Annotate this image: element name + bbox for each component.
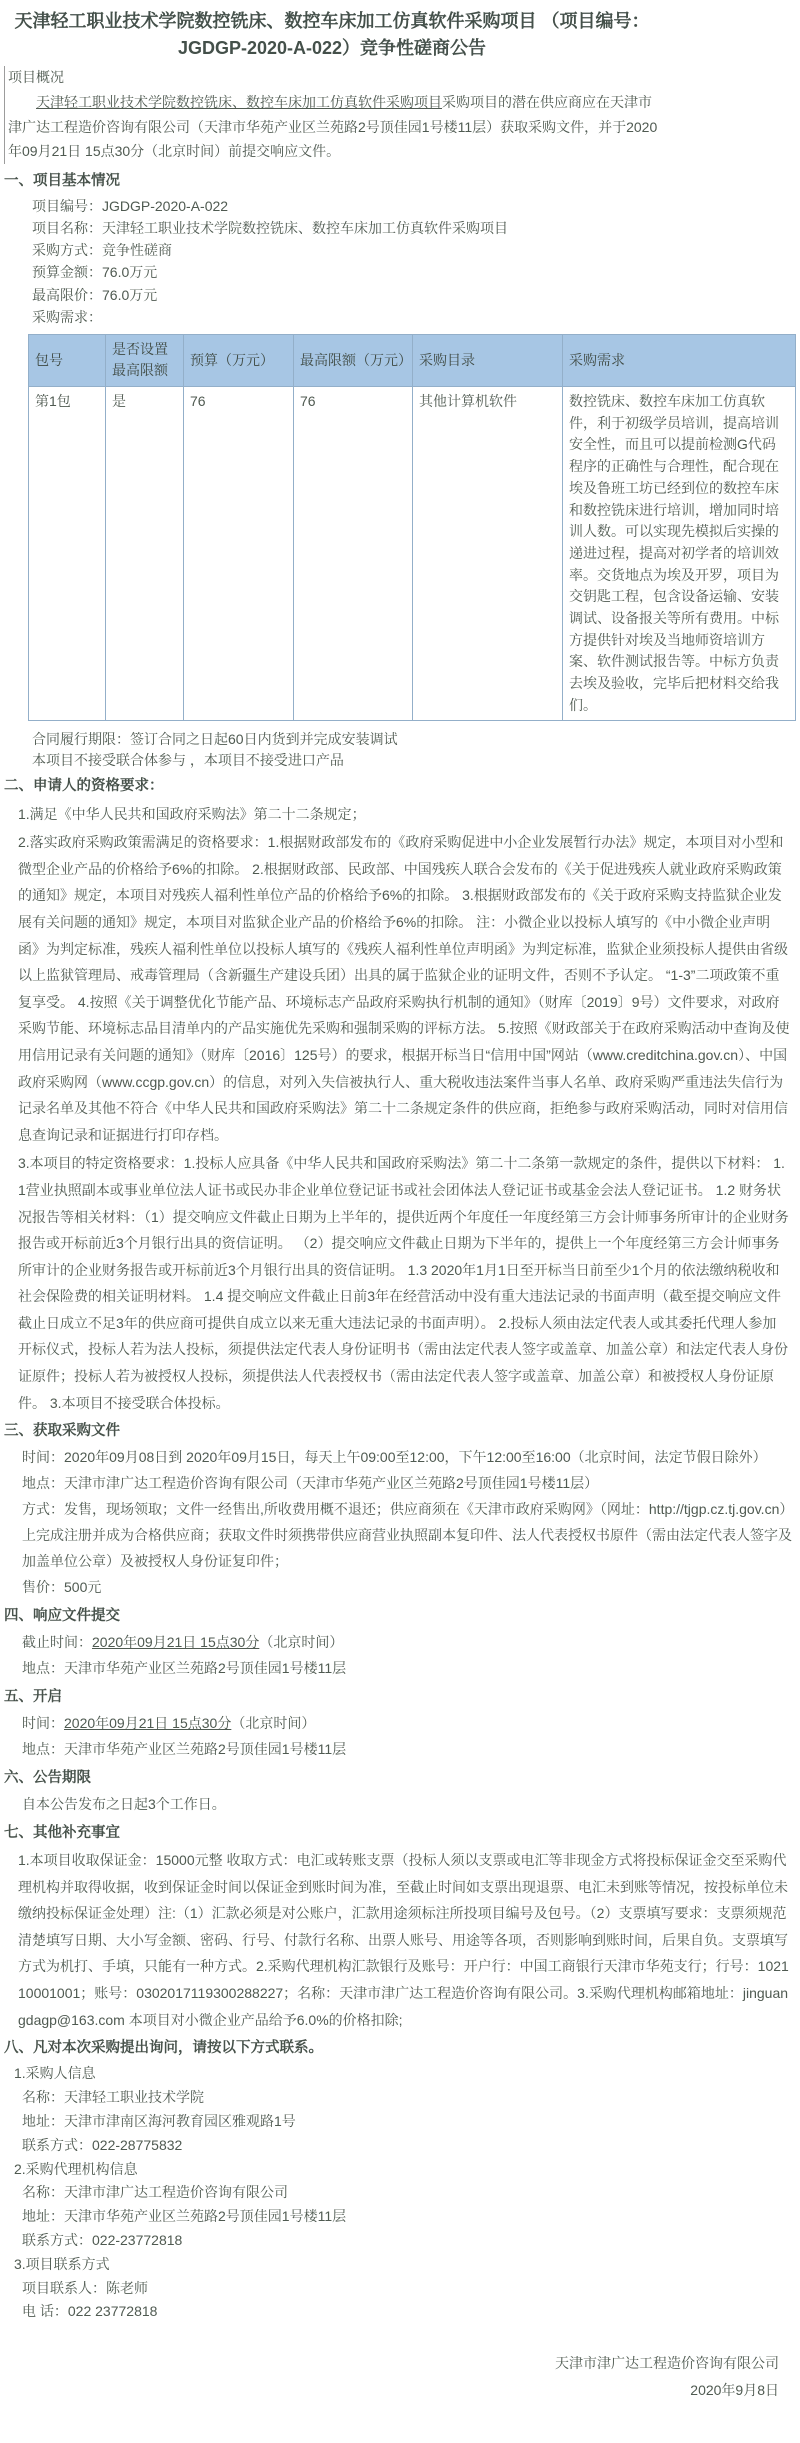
- col-header-has-max-limit: 是否设置最高限额: [106, 334, 184, 386]
- table-row: 第1包 是 76 76 其他计算机软件 数控铣床、数控车床加工仿真软件，利于初级…: [29, 387, 796, 721]
- agency-name: 名称：天津市津广达工程造价咨询有限公司: [22, 2181, 788, 2205]
- cell-demand: 数控铣床、数控车床加工仿真软件，利于初级学员培训，提高培训安全性，而且可以提前检…: [563, 387, 796, 721]
- cell-max-limit: 76: [294, 387, 413, 721]
- section-heading-opening: 五、开启: [4, 1686, 788, 1709]
- section-heading-notice-period: 六、公告期限: [4, 1767, 788, 1790]
- field-demand-label: 采购需求：: [32, 306, 788, 328]
- submission-lines: 截止时间：2020年09月21日 15点30分（北京时间） 地点：天津市华苑产业…: [22, 1630, 792, 1682]
- overview-heading: 项目概况: [8, 66, 664, 88]
- field-max-price: 最高限价：76.0万元: [32, 284, 788, 306]
- purchaser-phone: 联系方式：022-28775832: [22, 2134, 788, 2158]
- cell-has-max-limit: 是: [106, 387, 184, 721]
- requirements-table: 包号 是否设置最高限额 预算（万元） 最高限额（万元） 采购目录 采购需求 第1…: [28, 334, 796, 722]
- additional-text: 1.本项目收取保证金：15000元整 收取方式：电汇或转账支票（投标人须以支票或…: [18, 1847, 790, 2033]
- project-name-link[interactable]: 天津轻工职业技术学院数控铣床、数控车床加工仿真软件采购项目: [36, 94, 442, 110]
- section-heading-basic-info: 一、项目基本情况: [4, 170, 788, 193]
- col-header-demand: 采购需求: [563, 334, 796, 386]
- opening-location-line: 地点：天津市华苑产业区兰苑路2号顶佳园1号楼11层: [22, 1737, 792, 1763]
- col-header-catalog: 采购目录: [413, 334, 563, 386]
- submission-location-line: 地点：天津市华苑产业区兰苑路2号顶佳园1号楼11层: [22, 1656, 792, 1682]
- announcement-page: 天津轻工职业技术学院数控铣床、数控车床加工仿真软件采购项目 （项目编号：JGDG…: [0, 0, 792, 2443]
- no-consortium-line: 本项目不接受联合体参与 ，本项目不接受进口产品: [32, 750, 788, 771]
- notice-period-lines: 自本公告发布之日起3个工作日。: [22, 1792, 792, 1818]
- qualification-item-1: 1.满足《中华人民共和国政府采购法》第二十二条规定；: [18, 801, 790, 828]
- doc-location-line: 地点：天津市津广达工程造价咨询有限公司（天津市华苑产业区兰苑路2号顶佳园1号楼1…: [22, 1471, 792, 1497]
- opening-time-suffix: （北京时间）: [231, 1715, 315, 1731]
- contract-period-line: 合同履行期限：签订合同之日起60日内货到并完成安装调试: [32, 729, 788, 750]
- section-heading-qualification: 二、申请人的资格要求：: [4, 775, 788, 798]
- notice-period-text: 自本公告发布之日起3个工作日。: [22, 1792, 792, 1818]
- col-header-budget: 预算（万元）: [184, 334, 294, 386]
- field-project-name: 项目名称：天津轻工职业技术学院数控铣床、数控车床加工仿真软件采购项目: [32, 217, 788, 239]
- doc-time-line: 时间：2020年09月08日到 2020年09月15日，每天上午09:00至12…: [22, 1445, 792, 1471]
- agency-address: 地址：天津市华苑产业区兰苑路2号顶佳园1号楼11层: [22, 2205, 788, 2229]
- project-overview-block: 项目概况 天津轻工职业技术学院数控铣床、数控车床加工仿真软件采购项目采购项目的潜…: [4, 66, 664, 164]
- doc-acquisition-lines: 时间：2020年09月08日到 2020年09月15日，每天上午09:00至12…: [22, 1445, 792, 1600]
- overview-paragraph: 天津轻工职业技术学院数控铣床、数控车床加工仿真软件采购项目采购项目的潜在供应商应…: [8, 90, 658, 164]
- agency-info-heading: 2.采购代理机构信息: [14, 2158, 788, 2182]
- table-header-row: 包号 是否设置最高限额 预算（万元） 最高限额（万元） 采购目录 采购需求: [29, 334, 796, 386]
- footer-date: 2020年9月8日: [4, 2377, 779, 2404]
- page-title: 天津轻工职业技术学院数控铣床、数控车床加工仿真软件采购项目 （项目编号：JGDG…: [4, 8, 660, 62]
- project-contact-person: 项目联系人：陈老师: [22, 2277, 788, 2301]
- section-heading-submission: 四、响应文件提交: [4, 1605, 788, 1628]
- opening-lines: 时间：2020年09月21日 15点30分（北京时间） 地点：天津市华苑产业区兰…: [22, 1711, 792, 1763]
- opening-time-line: 时间：2020年09月21日 15点30分（北京时间）: [22, 1711, 792, 1737]
- opening-time-label: 时间：: [22, 1715, 64, 1731]
- qualification-item-3: 3.本项目的特定资格要求：1.投标人应具备《中华人民共和国政府采购法》第二十二条…: [18, 1150, 790, 1416]
- col-header-max-limit: 最高限额（万元）: [294, 334, 413, 386]
- submission-deadline-value: 2020年09月21日 15点30分: [92, 1634, 259, 1650]
- submission-deadline-suffix: （北京时间）: [259, 1634, 343, 1650]
- cell-catalog: 其他计算机软件: [413, 387, 563, 721]
- submission-deadline-label: 截止时间：: [22, 1634, 92, 1650]
- project-contact-phone: 电 话：022 23772818: [22, 2300, 788, 2324]
- qualification-item-2: 2.落实政府采购政策需满足的资格要求：1.根据财政部发布的《政府采购促进中小企业…: [18, 829, 790, 1148]
- agency-info-lines: 名称：天津市津广达工程造价咨询有限公司 地址：天津市华苑产业区兰苑路2号顶佳园1…: [22, 2181, 788, 2252]
- cell-package: 第1包: [29, 387, 106, 721]
- contract-info: 合同履行期限：签订合同之日起60日内货到并完成安装调试 本项目不接受联合体参与 …: [32, 729, 788, 771]
- agency-phone: 联系方式：022-23772818: [22, 2229, 788, 2253]
- section-heading-contact: 八、凡对本次采购提出询问，请按以下方式联系。: [4, 2037, 788, 2060]
- doc-price-line: 售价：500元: [22, 1575, 792, 1601]
- footer-agency-name: 天津市津广达工程造价咨询有限公司: [4, 2350, 779, 2377]
- project-contact-lines: 项目联系人：陈老师 电 话：022 23772818: [22, 2277, 788, 2325]
- field-procurement-method: 采购方式：竞争性磋商: [32, 239, 788, 261]
- field-project-number: 项目编号：JGDGP-2020-A-022: [32, 195, 788, 217]
- section-heading-additional: 七、其他补充事宜: [4, 1822, 788, 1845]
- field-budget-amount: 预算金额：76.0万元: [32, 261, 788, 283]
- basic-info-fields: 项目编号：JGDGP-2020-A-022 项目名称：天津轻工职业技术学院数控铣…: [32, 195, 788, 328]
- project-contact-heading: 3.项目联系方式: [14, 2253, 788, 2277]
- submission-deadline-line: 截止时间：2020年09月21日 15点30分（北京时间）: [22, 1630, 792, 1656]
- signature-block: 天津市津广达工程造价咨询有限公司 2020年9月8日: [4, 2350, 779, 2403]
- purchaser-info-heading: 1.采购人信息: [14, 2062, 788, 2086]
- cell-budget: 76: [184, 387, 294, 721]
- doc-method-line: 方式：发售，现场领取；文件一经售出,所收费用概不退还；供应商须在《天津市政府采购…: [22, 1497, 792, 1575]
- purchaser-address: 地址：天津市津南区海河教育园区雅观路1号: [22, 2110, 788, 2134]
- opening-time-value: 2020年09月21日 15点30分: [64, 1715, 231, 1731]
- purchaser-info-lines: 名称：天津轻工职业技术学院 地址：天津市津南区海河教育园区雅观路1号 联系方式：…: [22, 2086, 788, 2157]
- col-header-package: 包号: [29, 334, 106, 386]
- section-heading-doc-acquisition: 三、获取采购文件: [4, 1420, 788, 1443]
- purchaser-name: 名称：天津轻工职业技术学院: [22, 2086, 788, 2110]
